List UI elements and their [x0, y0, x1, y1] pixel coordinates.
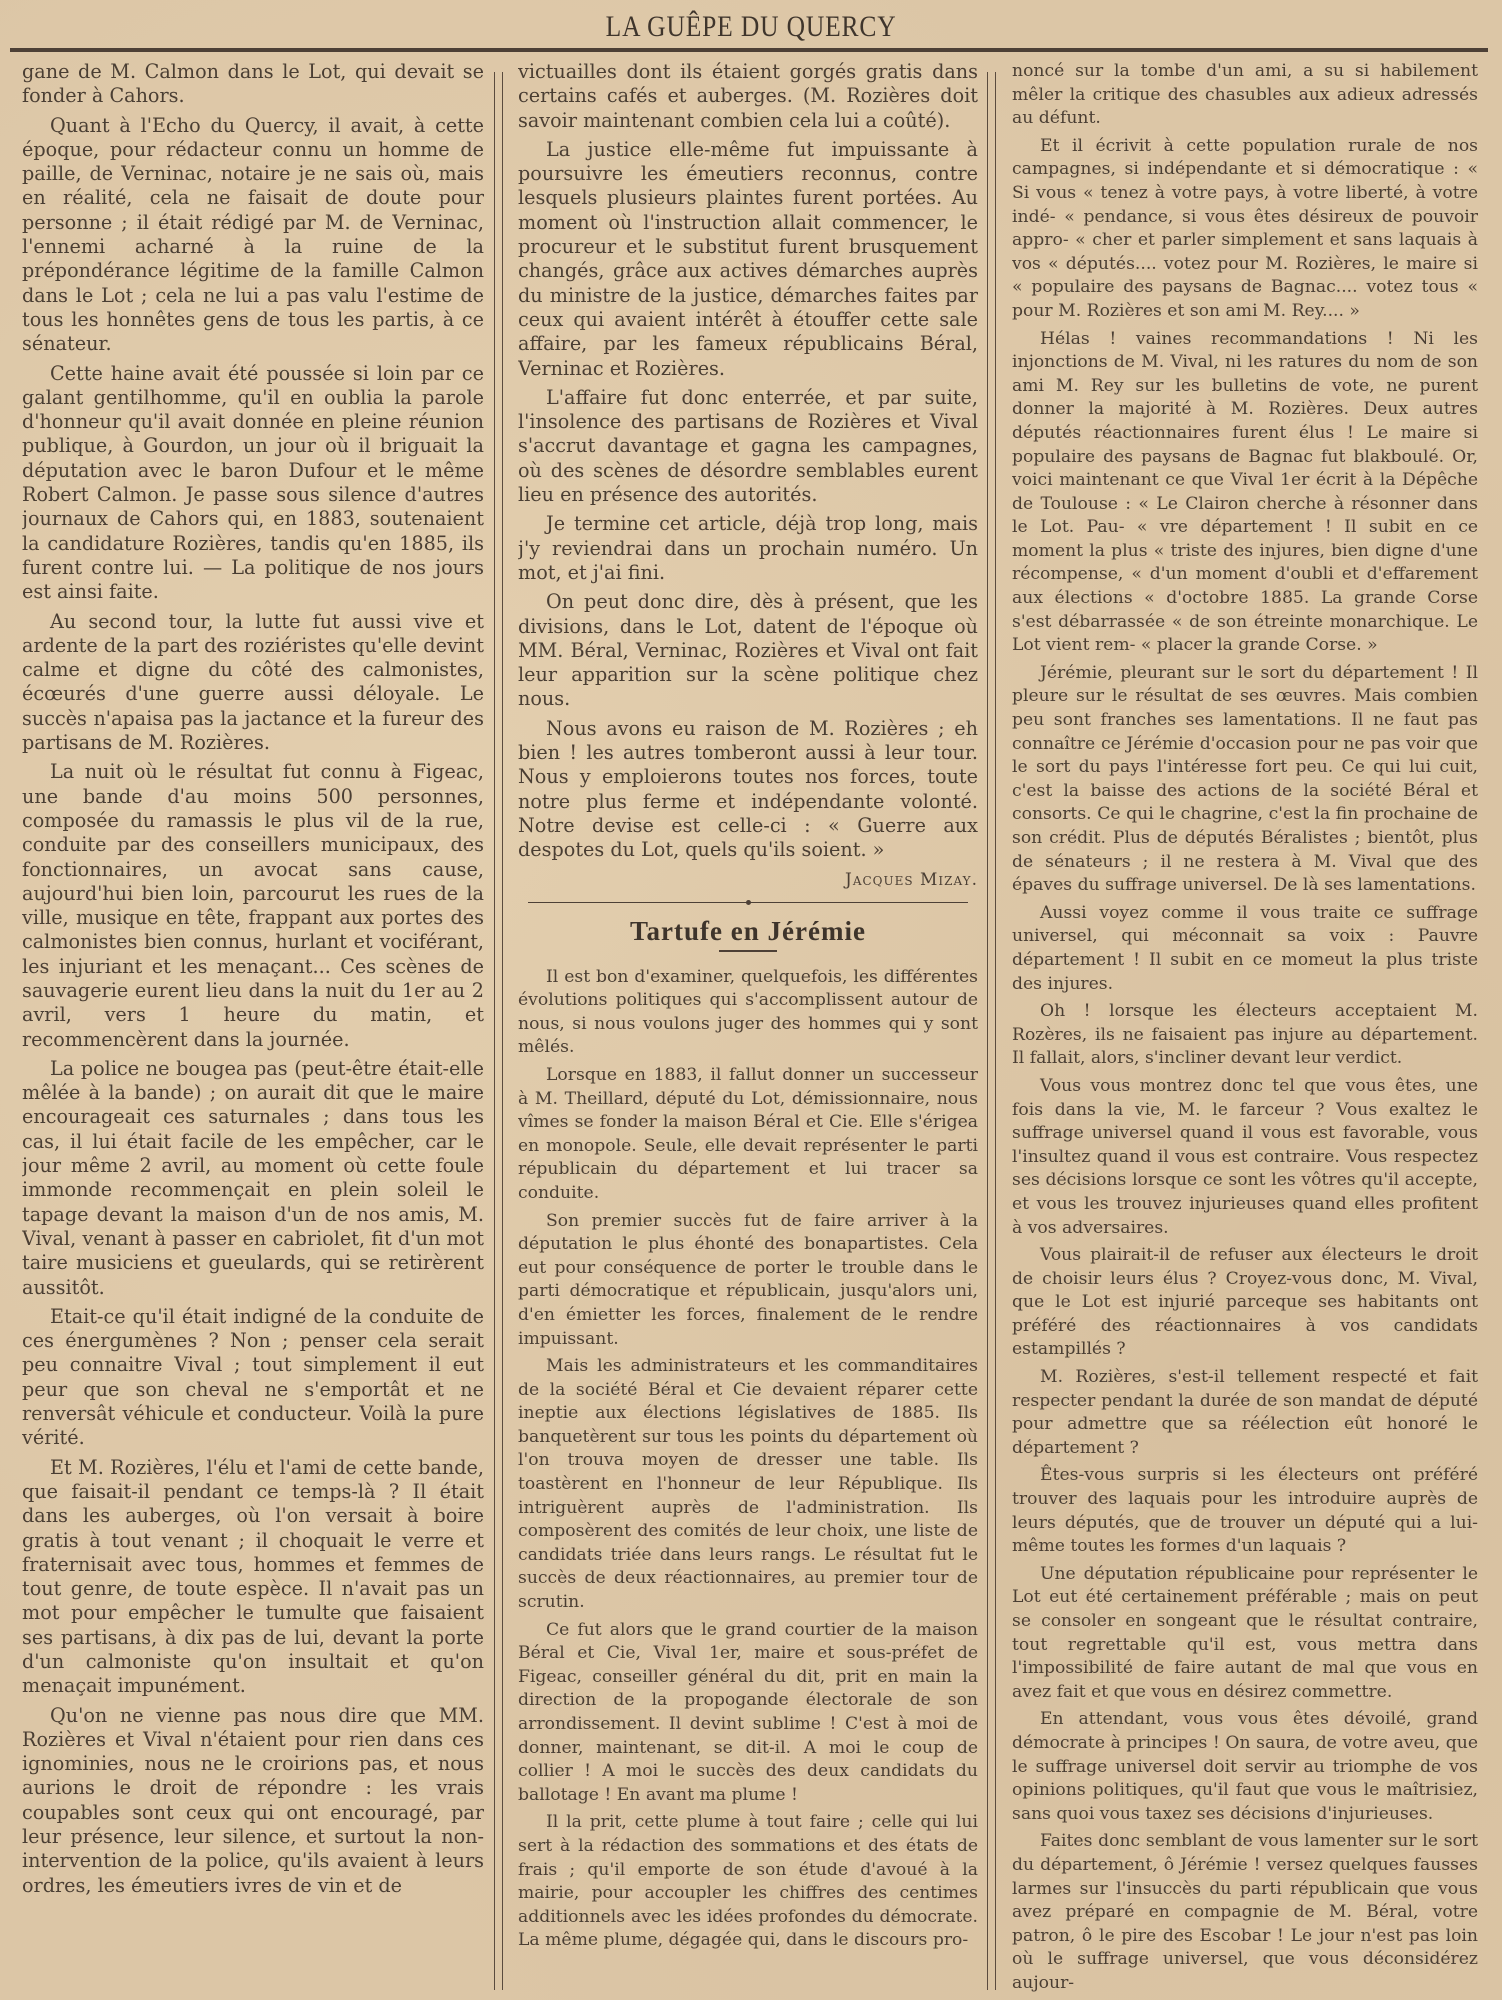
paragraph: Son premier succès fut de faire arriver …	[518, 1210, 978, 1352]
paragraph: M. Rozières, s'est-il tellement respecté…	[1012, 1366, 1478, 1460]
column-divider	[987, 72, 996, 1990]
masthead-title: LA GUÊPE DU QUERCY	[606, 10, 897, 44]
paragraph: victuailles dont ils étaient gorgés grat…	[518, 60, 978, 133]
paragraph: Etait-ce qu'il était indigné de la condu…	[22, 1305, 484, 1451]
paragraph: Lorsque en 1883, il fallut donner un suc…	[518, 1064, 978, 1206]
paragraph: gane de M. Calmon dans le Lot, qui devai…	[22, 60, 484, 109]
paragraph: Vous plairait-il de refuser aux électeur…	[1012, 1244, 1478, 1362]
paragraph: Cette haine avait été poussée si loin pa…	[22, 362, 484, 605]
paragraph: La police ne bougea pas (peut-être était…	[22, 1057, 484, 1300]
paragraph: On peut donc dire, dès à présent, que le…	[518, 590, 978, 711]
article-separator	[528, 902, 968, 904]
paragraph: La justice elle-même fut impuissante à p…	[518, 138, 978, 381]
paragraph: Qu'on ne vienne pas nous dire que MM. Ro…	[22, 1704, 484, 1898]
masthead-rule	[10, 48, 1488, 52]
paragraph: Hélas ! vaines recommandations ! Ni les …	[1012, 328, 1478, 658]
column-left: gane de M. Calmon dans le Lot, qui devai…	[22, 60, 484, 2000]
column-right: noncé sur la tombe d'un ami, a su si hab…	[1012, 60, 1478, 2000]
article-body: Il est bon d'examiner, quelquefois, les …	[518, 966, 978, 1953]
article-title: Tartufe en Jérémie	[518, 919, 978, 943]
paragraph: Il est bon d'examiner, quelquefois, les …	[518, 966, 978, 1060]
author-signature: Jacques Mizay.	[518, 868, 978, 892]
paragraph: La nuit où le résultat fut connu à Figea…	[22, 760, 484, 1052]
paragraph: Aussi voyez comme il vous traite ce suff…	[1012, 902, 1478, 996]
paragraph: Et M. Rozières, l'élu et l'ami de cette …	[22, 1456, 484, 1699]
paragraph: Quant à l'Echo du Quercy, il avait, à ce…	[22, 114, 484, 357]
paragraph: Au second tour, la lutte fut aussi vive …	[22, 610, 484, 756]
paragraph: Vous vous montrez donc tel que vous êtes…	[1012, 1075, 1478, 1240]
paragraph: En attendant, vous vous êtes dévoilé, gr…	[1012, 1708, 1478, 1826]
paragraph: Nous avons eu raison de M. Rozières ; eh…	[518, 717, 978, 863]
paragraph: Faites donc semblant de vous lamenter su…	[1012, 1830, 1478, 1995]
paragraph: Je termine cet article, déjà trop long, …	[518, 512, 978, 585]
paragraph: Une députation républicaine pour représe…	[1012, 1563, 1478, 1705]
paragraph: Il la prit, cette plume à tout faire ; c…	[518, 1811, 978, 1953]
paragraph: Êtes-vous surpris si les électeurs ont p…	[1012, 1464, 1478, 1558]
paragraph: L'affaire fut donc enterrée, et par suit…	[518, 386, 978, 507]
paragraph: Et il écrivit à cette population rurale …	[1012, 135, 1478, 324]
paragraph: Oh ! lorsque les électeurs acceptaient M…	[1012, 1000, 1478, 1071]
title-underline	[719, 950, 777, 952]
paragraph: Ce fut alors que le grand courtier de la…	[518, 1619, 978, 1808]
paragraph: noncé sur la tombe d'un ami, a su si hab…	[1012, 60, 1478, 131]
masthead: LA GUÊPE DU QUERCY	[0, 0, 1502, 48]
column-divider	[494, 72, 503, 1990]
paragraph: Jérémie, pleurant sur le sort du départe…	[1012, 662, 1478, 898]
column-middle: victuailles dont ils étaient gorgés grat…	[518, 60, 978, 2000]
newspaper-page: LA GUÊPE DU QUERCY gane de M. Calmon dan…	[0, 0, 1502, 2000]
paragraph: Mais les administrateurs et les commandi…	[518, 1355, 978, 1615]
